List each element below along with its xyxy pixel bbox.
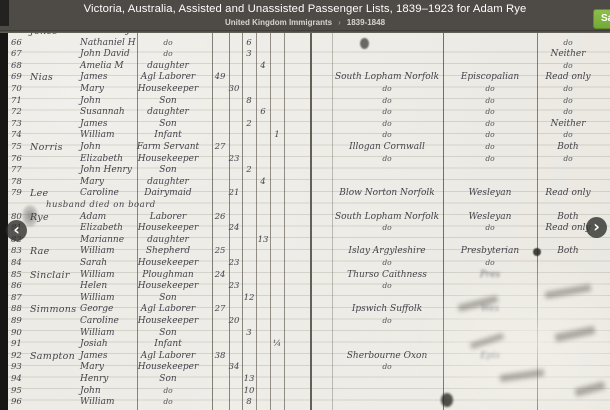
page-title: Victoria, Australia, Assisted and Unassi… xyxy=(0,3,610,15)
cell-no: 93 xyxy=(11,362,22,372)
cell-native: South Lopham Norfolk xyxy=(335,212,439,222)
cell-no: 70 xyxy=(11,84,22,94)
cell-given: Elizabeth xyxy=(80,223,123,233)
column-rule xyxy=(443,33,444,410)
cell-given: John Henry xyxy=(80,165,132,175)
cell-calling: daughter xyxy=(147,177,189,187)
cell-calling: daughter xyxy=(147,107,189,117)
column-rule xyxy=(284,33,285,410)
record-viewer: 65JonesWilliam HySon8Both66Nathaniel Hdo… xyxy=(0,0,610,410)
cell-calling: Housekeeper xyxy=(138,84,199,94)
column-rule xyxy=(242,33,243,410)
cell-c3: 1 xyxy=(274,130,279,140)
cell-religion: do xyxy=(485,223,494,232)
cell-read: do xyxy=(563,38,572,47)
cell-surname: Rye xyxy=(30,212,49,223)
cell-ageF: 23 xyxy=(229,258,240,268)
cell-given: James xyxy=(80,119,107,129)
cell-read: do xyxy=(563,96,572,105)
cell-calling: daughter xyxy=(147,61,189,71)
breadcrumb-current: 1839-1848 xyxy=(347,18,385,27)
cell-no: 72 xyxy=(11,107,22,117)
cell-religion: do xyxy=(485,96,494,105)
cell-ageM: 27 xyxy=(215,142,226,152)
cell-read: Read only xyxy=(545,188,590,198)
cell-no: 77 xyxy=(11,165,22,175)
cell-ageM: 25 xyxy=(215,246,226,256)
cell-given: Mary xyxy=(80,362,104,372)
cell-religion: Presbyterian xyxy=(461,246,519,256)
cell-calling: Shepherd xyxy=(146,246,190,256)
cell-surname: Rae xyxy=(30,246,50,257)
cell-given: Caroline xyxy=(80,188,119,198)
cell-calling: Son xyxy=(159,293,176,303)
cell-surname: Simmons xyxy=(30,304,76,315)
cell-calling: Ploughman xyxy=(142,270,193,280)
cell-given: Henry xyxy=(80,374,108,384)
cell-read: Read only xyxy=(545,223,590,233)
cell-no: 85 xyxy=(11,270,22,280)
cell-calling: Farm Servant xyxy=(137,142,199,152)
cell-calling: do xyxy=(163,386,172,395)
cell-calling: Son xyxy=(159,96,176,106)
cell-calling: Housekeeper xyxy=(138,316,199,326)
cell-native: Blow Norton Norfolk xyxy=(339,188,434,198)
cell-given: William xyxy=(80,246,115,256)
cell-native: do xyxy=(382,96,391,105)
cell-ageF: 20 xyxy=(229,316,240,326)
cell-native: do xyxy=(382,281,391,290)
cell-no: 71 xyxy=(11,96,22,106)
cell-ageF: 30 xyxy=(229,84,240,94)
column-rule xyxy=(310,33,312,410)
cell-no: 75 xyxy=(11,142,22,152)
cell-c1: 8 xyxy=(246,96,251,106)
cell-religion: Wesleyan xyxy=(469,212,512,222)
cell-native: Sherbourne Oxon xyxy=(347,351,428,361)
cell-read: do xyxy=(563,61,572,70)
cell-surname: Nias xyxy=(30,72,53,83)
cell-given: Josiah xyxy=(80,339,108,349)
cell-religion: do xyxy=(485,258,494,267)
cell-given: Amelia M xyxy=(80,61,124,71)
cell-native: do xyxy=(382,154,391,163)
cell-c2: 4 xyxy=(260,61,265,71)
next-image-button[interactable]: › xyxy=(586,217,607,238)
cell-no: 89 xyxy=(11,316,22,326)
cell-given: William xyxy=(80,130,115,140)
cell-c1: 2 xyxy=(246,119,251,129)
cell-calling: Son xyxy=(159,328,176,338)
scan-binding-edge xyxy=(0,33,8,410)
cell-calling: do xyxy=(163,397,172,406)
cell-no: 76 xyxy=(11,154,22,164)
cell-no: 92 xyxy=(11,351,22,361)
cell-no: 67 xyxy=(11,49,22,59)
cell-native: do xyxy=(382,107,391,116)
cell-calling: Laborer xyxy=(150,212,186,222)
cell-read: do xyxy=(563,107,572,116)
cell-native: do xyxy=(382,130,391,139)
cell-calling: Dairymaid xyxy=(144,188,191,198)
cell-calling: Son xyxy=(159,374,176,384)
cell-no: 68 xyxy=(11,61,22,71)
cell-given: Marianne xyxy=(80,235,124,245)
cell-no: 83 xyxy=(11,246,22,256)
cell-calling: Infant xyxy=(154,130,181,140)
cell-no: 91 xyxy=(11,339,22,349)
column-rule xyxy=(256,33,257,410)
cell-no: 95 xyxy=(11,386,22,396)
cell-given: James xyxy=(80,351,107,361)
cell-calling: Housekeeper xyxy=(138,223,199,233)
cell-given: George xyxy=(80,304,113,314)
cell-given: Helen xyxy=(80,281,107,291)
cell-calling: Housekeeper xyxy=(138,281,199,291)
cell-given: James xyxy=(80,72,107,82)
cell-read: Read only xyxy=(545,72,590,82)
cell-c3: ¼ xyxy=(273,339,281,349)
save-button[interactable]: Save xyxy=(593,9,610,29)
cell-no: 73 xyxy=(11,119,22,129)
cell-ageF: 21 xyxy=(229,188,240,198)
cell-given: Adam xyxy=(80,212,106,222)
cell-given: Caroline xyxy=(80,316,119,326)
cell-given: John xyxy=(80,142,101,152)
cell-c1: 3 xyxy=(246,49,251,59)
column-rule xyxy=(212,33,213,410)
cell-religion: Epis xyxy=(480,351,500,361)
cell-no: 86 xyxy=(11,281,22,291)
cell-ageF: 23 xyxy=(229,281,240,291)
cell-native: Ipswich Suffolk xyxy=(352,304,422,314)
cell-ageM: 24 xyxy=(215,270,226,280)
cell-given: Susannah xyxy=(80,107,125,117)
cell-native: Islay Argyleshire xyxy=(348,246,425,256)
cell-given: William xyxy=(80,293,115,303)
cell-c2: 4 xyxy=(260,177,265,187)
cell-given: William xyxy=(80,270,115,280)
cell-ageF: 24 xyxy=(229,223,240,233)
cell-native: do xyxy=(382,258,391,267)
cell-religion: do xyxy=(485,154,494,163)
cell-calling: Infant xyxy=(154,339,181,349)
cell-c1: 8 xyxy=(246,397,251,407)
cell-calling: Agl Laborer xyxy=(141,351,195,361)
cell-read: do xyxy=(563,130,572,139)
cell-no: 69 xyxy=(11,72,22,82)
column-rule xyxy=(332,33,333,410)
cell-no: 74 xyxy=(11,130,22,140)
cell-read: Both xyxy=(557,246,578,256)
cell-religion: Wesleyan xyxy=(469,188,512,198)
cell-c2: 13 xyxy=(258,235,269,245)
cell-no: 79 xyxy=(11,188,22,198)
cell-c2: 6 xyxy=(260,107,265,117)
cell-calling: Housekeeper xyxy=(138,258,199,268)
column-rule xyxy=(270,33,271,410)
cell-no: 84 xyxy=(11,258,22,268)
cell-ageF: 34 xyxy=(229,362,240,372)
cell-given: John xyxy=(80,386,101,396)
cell-no: 94 xyxy=(11,374,22,384)
cell-given: Elizabeth xyxy=(80,154,123,164)
cell-calling: Housekeeper xyxy=(138,154,199,164)
cell-read: Both xyxy=(557,142,578,152)
page-top-edge xyxy=(0,30,610,33)
cell-read: Both xyxy=(557,212,578,222)
cell-calling: Son xyxy=(159,119,176,129)
cell-calling: Agl Laborer xyxy=(141,304,195,314)
cell-read: Neither xyxy=(550,49,585,59)
cell-given: William xyxy=(80,328,115,338)
annotation-note: husband died on board xyxy=(46,200,156,210)
cell-c1: 3 xyxy=(246,328,251,338)
cell-c1: 10 xyxy=(244,386,255,396)
cell-religion: do xyxy=(485,130,494,139)
cell-calling: do xyxy=(163,49,172,58)
cell-given: William xyxy=(80,397,115,407)
cell-read: do xyxy=(563,84,572,93)
cell-c1: 2 xyxy=(246,165,251,175)
cell-surname: Norris xyxy=(30,142,63,153)
cell-given: Mary xyxy=(80,84,104,94)
breadcrumb-collection-link[interactable]: United Kingdom Immigrants xyxy=(225,18,332,27)
cell-ageM: 27 xyxy=(215,304,226,314)
column-rule xyxy=(537,33,538,410)
cell-native: Illogan Cornwall xyxy=(349,142,425,152)
cell-native: Thurso Caithness xyxy=(347,270,427,280)
cell-native: do xyxy=(382,316,391,325)
cell-no: 78 xyxy=(11,177,22,187)
cell-no: 87 xyxy=(11,293,22,303)
cell-surname: Sampton xyxy=(30,351,75,362)
cell-native: do xyxy=(382,223,391,232)
cell-ageM: 38 xyxy=(215,351,226,361)
cell-native: do xyxy=(382,362,391,371)
previous-image-button[interactable]: ‹ xyxy=(6,220,27,241)
cell-given: Nathaniel H xyxy=(80,38,136,48)
breadcrumb: United Kingdom Immigrants›1839-1848 xyxy=(0,18,610,27)
cell-c1: 12 xyxy=(244,293,255,303)
cell-religion: do xyxy=(485,107,494,116)
cell-read: Neither xyxy=(550,119,585,129)
cell-ageM: 49 xyxy=(215,72,226,82)
cell-religion: do xyxy=(485,84,494,93)
cell-given: John David xyxy=(80,49,130,59)
cell-religion: do xyxy=(485,119,494,128)
cell-calling: Agl Laborer xyxy=(141,72,195,82)
cell-no: 96 xyxy=(11,397,22,407)
cell-native: South Lopham Norfolk xyxy=(335,72,439,82)
breadcrumb-separator: › xyxy=(338,18,341,27)
cell-religion: Wes xyxy=(481,304,499,314)
cell-calling: Son xyxy=(159,165,176,175)
cell-no: 90 xyxy=(11,328,22,338)
cell-calling: do xyxy=(163,38,172,47)
cell-c1: 13 xyxy=(244,374,255,384)
cell-no: 66 xyxy=(11,38,22,48)
cell-read: do xyxy=(563,154,572,163)
cell-c1: 6 xyxy=(246,38,251,48)
cell-given: Mary xyxy=(80,177,104,187)
cell-calling: Housekeeper xyxy=(138,362,199,372)
cell-religion: do xyxy=(485,142,494,151)
cell-ageF: 23 xyxy=(229,154,240,164)
cell-native: do xyxy=(382,119,391,128)
cell-no: 88 xyxy=(11,304,22,314)
cell-ageM: 26 xyxy=(215,212,226,222)
cell-given: John xyxy=(80,96,101,106)
cell-native: do xyxy=(382,84,391,93)
cell-surname: Lee xyxy=(30,188,48,199)
cell-religion: Episcopalian xyxy=(461,72,519,82)
cell-religion: Pres xyxy=(480,270,500,280)
cell-calling: daughter xyxy=(147,235,189,245)
cell-surname: Sinclair xyxy=(30,270,70,281)
cell-given: Sarah xyxy=(80,258,107,268)
